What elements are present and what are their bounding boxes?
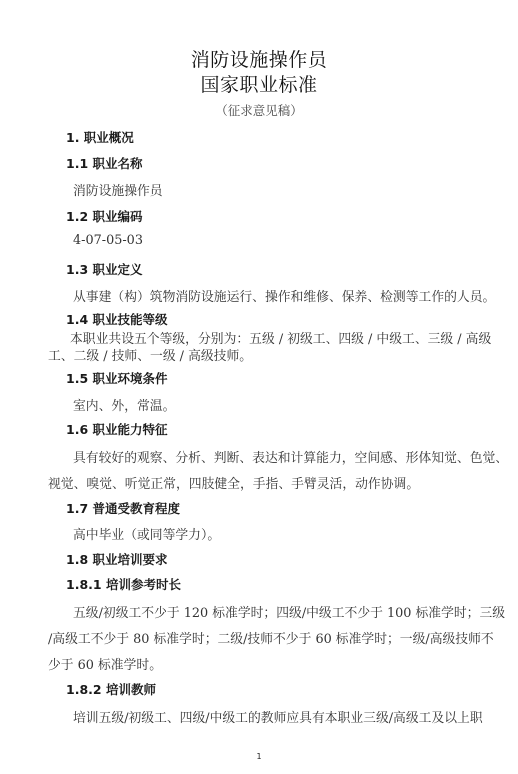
page-number: 1 — [0, 752, 518, 761]
section-heading-1-2: 1.2 职业编码 — [66, 207, 143, 225]
ability-line1: 具有较好的观察、分析、判断、表达和计算能力，空间感、形体知觉、色觉、 — [73, 447, 508, 466]
education-level: 高中毕业（或同等学力）。 — [73, 524, 220, 543]
ability-line2: 视觉、嗅觉、听觉正常，四肢健全，手指、手臂灵活，动作协调。 — [48, 473, 419, 492]
document-title-line2: 国家职业标准 — [0, 70, 518, 97]
training-hours-line3: 少于 60 标准学时。 — [48, 654, 162, 673]
section-heading-1-8-2: 1.8.2 培训教师 — [66, 680, 156, 698]
section-heading-1-8: 1.8 职业培训要求 — [66, 550, 168, 568]
skill-levels-line2: 工、二级 / 技师、一级 / 高级技师。 — [48, 345, 252, 364]
occupation-definition: 从事建（构）筑物消防设施运行、操作和维修、保养、检测等工作的人员。 — [73, 286, 495, 305]
section-heading-1-1: 1.1 职业名称 — [66, 154, 143, 172]
document-page: 消防设施操作员 国家职业标准 （征求意见稿） 1. 职业概况 1.1 职业名称 … — [0, 0, 518, 774]
work-environment: 室内、外，常温。 — [73, 395, 175, 414]
training-hours-line2: /高级工不少于 80 标准学时；二级/技师不少于 60 标准学时；一级/高级技师… — [48, 628, 494, 647]
occupation-name: 消防设施操作员 — [73, 180, 163, 199]
section-heading-1-5: 1.5 职业环境条件 — [66, 369, 168, 387]
section-heading-1-6: 1.6 职业能力特征 — [66, 420, 168, 438]
section-heading-1-3: 1.3 职业定义 — [66, 260, 143, 278]
section-heading-1-4: 1.4 职业技能等级 — [66, 310, 168, 328]
training-teacher-line1: 培训五级/初级工、四级/中级工的教师应具有本职业三级/高级工及以上职 — [73, 707, 483, 726]
document-title: 消防设施操作员 — [0, 45, 518, 72]
section-heading-1-7: 1.7 普通受教育程度 — [66, 499, 180, 517]
document-subtitle: （征求意见稿） — [0, 101, 518, 119]
occupation-code: 4-07-05-03 — [73, 233, 143, 248]
training-hours-line1: 五级/初级工不少于 120 标准学时；四级/中级工不少于 100 标准学时；三级 — [73, 602, 505, 621]
section-heading-1: 1. 职业概况 — [66, 128, 134, 146]
section-heading-1-8-1: 1.8.1 培训参考时长 — [66, 575, 181, 593]
